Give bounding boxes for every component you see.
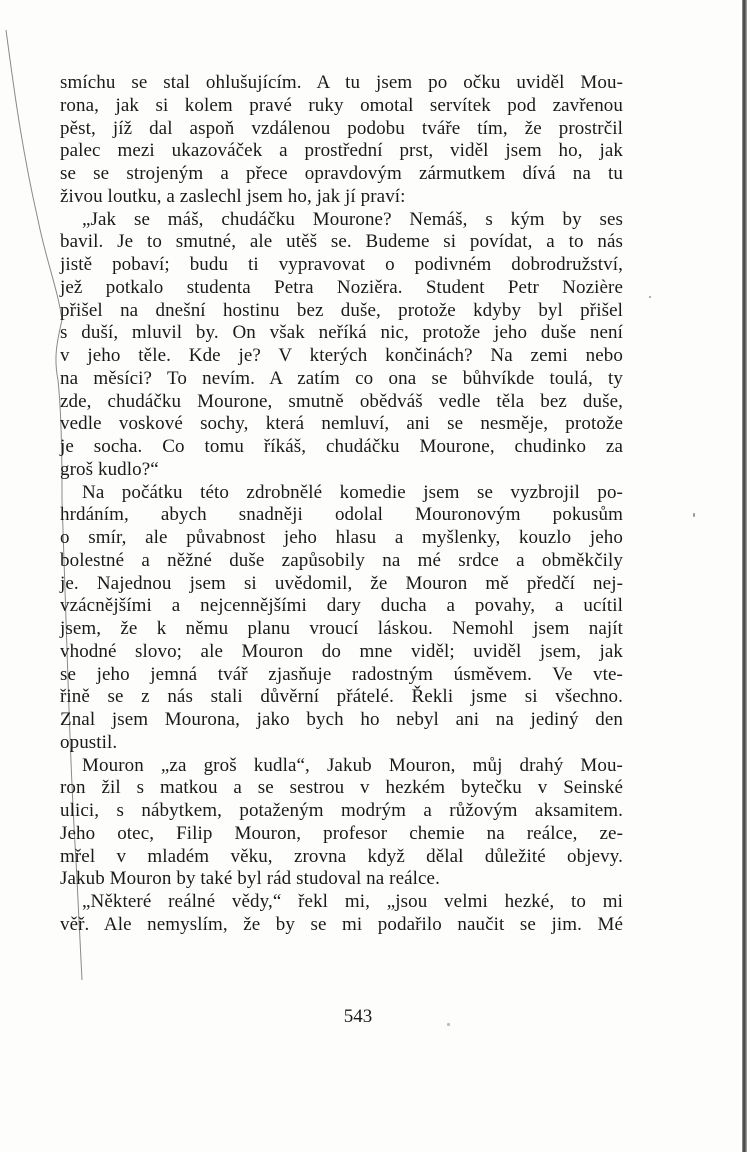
scan-speck	[693, 513, 695, 517]
text-line: jsem, že k němu planu vroucí láskou. Nem…	[60, 618, 623, 641]
text-line: o smír, ale půvabnost jeho hlasu a myšle…	[60, 527, 623, 550]
text-line: vhodné slovo; ale Mouron do mne viděl; u…	[60, 641, 623, 664]
text-line: rona, jak si kolem pravé ruky omotal ser…	[60, 95, 623, 118]
text-line: je socha. Co tomu říkáš, chudáčku Mouron…	[60, 436, 623, 459]
text-line: vzácnějšími a nejcennějšími dary ducha a…	[60, 595, 623, 618]
text-line: přišel na dnešní hostinu bez duše, proto…	[60, 300, 623, 323]
text-line: hrdáním, abych snadněji odolal Mouronový…	[60, 504, 623, 527]
text-line: zde, chudáčku Mourone, smutně obědváš ve…	[60, 391, 623, 414]
scan-speck	[447, 1023, 450, 1026]
text-line: bavil. Je to smutné, ale utěš se. Budeme…	[60, 231, 623, 254]
text-line: ulici, s nábytkem, potaženým modrým a rů…	[60, 800, 623, 823]
text-line: řině se z nás stali důvěrní přátelé. Řek…	[60, 686, 623, 709]
text-line: Znal jsem Mourona, jako bych ho nebyl an…	[60, 709, 623, 732]
scan-speck	[649, 296, 651, 298]
text-line: vedle voskové sochy, která nemluví, ani …	[60, 413, 623, 436]
text-line: bolestné a něžné duše zapůsobily na mé s…	[60, 550, 623, 573]
paragraph: Mouron „za groš kudla“, Jakub Mouron, mů…	[60, 755, 623, 892]
scanned-book-page: smíchu se stal ohlušujícím. A tu jsem po…	[0, 0, 750, 1152]
text-line: mřel v mladém věku, zrovna když dělal dů…	[60, 846, 623, 869]
text-line: opustil.	[60, 732, 623, 755]
body-text: smíchu se stal ohlušujícím. A tu jsem po…	[60, 72, 623, 937]
text-line: jistě pobaví; budu ti vypravovat o podiv…	[60, 254, 623, 277]
text-line: jež potkalo studenta Petra Noziěra. Stud…	[60, 277, 623, 300]
text-line: se jeho jemná tvář zjasňuje radostným ús…	[60, 664, 623, 687]
page-number: 543	[0, 1006, 750, 1028]
text-line: Mouron „za groš kudla“, Jakub Mouron, mů…	[60, 755, 623, 778]
text-line: Jakub Mouron by také byl rád studoval na…	[60, 868, 623, 891]
text-line: palec mezi ukazováček a prostřední prst,…	[60, 140, 623, 163]
text-line: na měsíci? To nevím. A zatím co ona se b…	[60, 368, 623, 391]
book-edge-shadow	[742, 0, 747, 1152]
text-line: „Jak se máš, chudáčku Mourone? Nemáš, s …	[60, 209, 623, 232]
text-line: živou loutku, a zaslechl jsem ho, jak jí…	[60, 186, 623, 209]
text-line: smíchu se stal ohlušujícím. A tu jsem po…	[60, 72, 623, 95]
paragraph: „Některé reálné vědy,“ řekl mi, „jsou ve…	[60, 891, 623, 937]
text-line: pěst, jíž dal aspoň vzdálenou podobu tvá…	[60, 118, 623, 141]
text-line: s duší, mluvil by. On však neříká nic, p…	[60, 322, 623, 345]
text-line: Na počátku této zdrobnělé komedie jsem s…	[60, 482, 623, 505]
text-line: v jeho těle. Kde je? V kterých končinách…	[60, 345, 623, 368]
paragraph: smíchu se stal ohlušujícím. A tu jsem po…	[60, 72, 623, 209]
page-number-text: 543	[344, 1006, 373, 1027]
text-line: groš kudlo?“	[60, 459, 623, 482]
text-line: je. Najednou jsem si uvědomil, že Mouron…	[60, 573, 623, 596]
text-line: věř. Ale nemyslím, že by se mi podařilo …	[60, 914, 623, 937]
text-line: „Některé reálné vědy,“ řekl mi, „jsou ve…	[60, 891, 623, 914]
text-line: Jeho otec, Filip Mouron, profesor chemie…	[60, 823, 623, 846]
text-line: se se strojeným a přece opravdovým zármu…	[60, 163, 623, 186]
paragraph: „Jak se máš, chudáčku Mourone? Nemáš, s …	[60, 209, 623, 482]
paragraph: Na počátku této zdrobnělé komedie jsem s…	[60, 482, 623, 755]
text-line: ron žil s matkou a se sestrou v hezkém b…	[60, 777, 623, 800]
